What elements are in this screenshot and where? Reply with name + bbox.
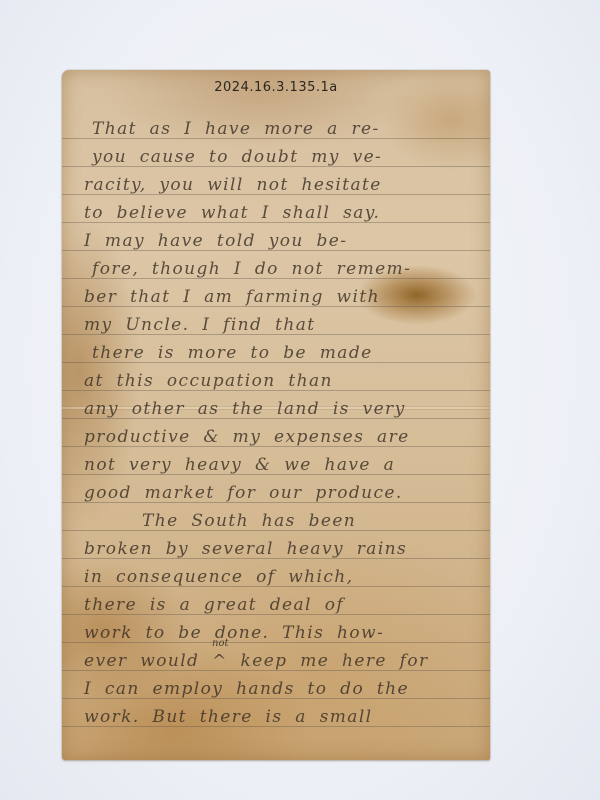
handwritten-line: broken by several heavy rains: [84, 537, 480, 561]
handwritten-line: there is a great deal of: [84, 593, 480, 617]
handwritten-line: ever would ^ keep me here for: [84, 649, 480, 673]
handwritten-line: I can employ hands to do the: [84, 677, 480, 701]
interlinear-insertion: not: [212, 638, 228, 649]
catalog-number: 2024.16.3.135.1a: [62, 80, 490, 95]
handwritten-line: any other as the land is very: [84, 397, 480, 421]
handwritten-line: good market for our produce.: [84, 481, 480, 505]
handwritten-line: work to be done. This how-: [84, 621, 480, 645]
handwritten-line: my Uncle. I find that: [84, 313, 480, 337]
handwritten-line: you cause to doubt my ve-: [92, 145, 480, 169]
handwritten-line: fore, though I do not remem-: [92, 257, 480, 281]
handwritten-line: in consequence of which,: [84, 565, 480, 589]
handwritten-line: racity, you will not hesitate: [84, 173, 480, 197]
handwritten-line: That as I have more a re-: [92, 117, 480, 141]
letter-page: 2024.16.3.135.1a That as I have more a r…: [62, 70, 490, 760]
handwritten-line: I may have told you be-: [84, 229, 480, 253]
handwritten-line: not very heavy & we have a: [84, 453, 480, 477]
handwritten-line: there is more to be made: [92, 341, 480, 365]
handwritten-line: at this occupation than: [84, 369, 480, 393]
handwritten-line: The South has been: [142, 509, 480, 533]
handwritten-line: ber that I am farming with: [84, 285, 480, 309]
handwritten-line: work. But there is a small: [84, 705, 480, 729]
handwritten-line: productive & my expenses are: [84, 425, 480, 449]
handwritten-line: to believe what I shall say.: [84, 201, 480, 225]
